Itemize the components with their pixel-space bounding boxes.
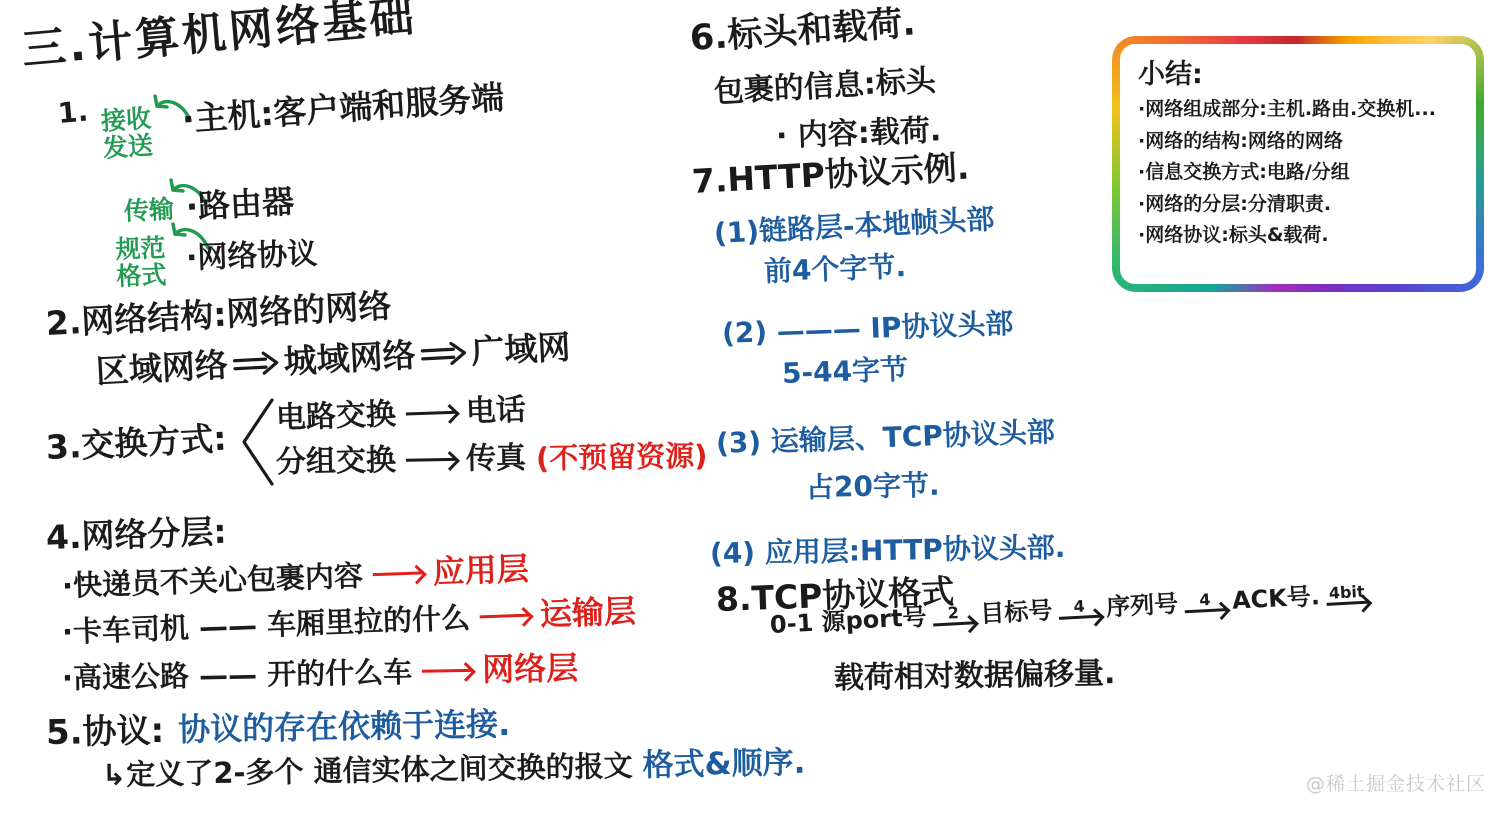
analogy-text: ·高速公路 —— 开的什么车: [62, 656, 413, 695]
tcp-offset-note: 载荷相对数据偏移量.: [834, 657, 1116, 695]
handwritten-notes-canvas: 三.计算机网络基础 1. 接收 发送 ·主机:客户端和服务端 传输 ·路由器 规…: [0, 0, 1512, 814]
arrow-byte-label: 4: [1073, 599, 1085, 616]
http-step-detail: 前4个字节.: [763, 251, 906, 287]
summary-item: ·信息交换方式:电路/分组: [1138, 157, 1460, 189]
http-step-detail: 5-44字节: [781, 354, 908, 390]
analogy-text: ·卡车司机 —— 车厢里拉的什么: [61, 601, 470, 648]
labeled-arrow-icon: 4: [1058, 598, 1101, 620]
protocol-definition-row: ↳定义了2-多个 通信实体之间交换的报文 格式&顺序.: [102, 746, 806, 793]
arrow-byte-label: 2: [947, 606, 959, 623]
annotation-receive-send: 接收 发送: [100, 105, 154, 162]
arrow-right-icon: [480, 614, 530, 619]
http-step: (4) 应用层:HTTP协议头部.: [710, 532, 1066, 570]
section-5-heading-row: 5.协议: 协议的存在依赖于连接.: [46, 706, 511, 752]
section-2-heading: 2.网络结构:网络的网络: [45, 288, 392, 343]
http-step: (1)链路层-本地帧头部: [713, 203, 995, 249]
arrow-right-icon: [373, 572, 423, 577]
arrow-right-icon: [422, 669, 472, 673]
arrow-right-icon: [406, 458, 456, 462]
circuit-switching-row: 电路交换 电话: [275, 393, 526, 435]
switch-type: 分组交换: [276, 444, 397, 480]
header-line: 包裹的信息:标头: [713, 64, 936, 109]
switch-example: 电话: [465, 393, 526, 429]
layer-label: 网络层: [482, 651, 579, 688]
angle-bracket-icon: [238, 396, 276, 488]
section-5-heading: 5.协议:: [46, 712, 165, 752]
definition-highlight: 格式&顺序.: [642, 746, 805, 784]
tcp-field: 序列号: [1106, 591, 1179, 622]
summary-item: ·网络的结构:网络的网络: [1138, 126, 1460, 158]
http-step: (2) ——— IP协议头部: [721, 308, 1013, 350]
http-step: (3) 运输层、TCP协议头部: [715, 416, 1055, 459]
payload-line: · 内容:载荷.: [775, 114, 941, 153]
annotation-line: 规范: [115, 234, 166, 263]
switch-example: 传真: [466, 442, 527, 477]
chain-item: 城域网络: [283, 337, 417, 381]
tcp-field: ACK号.: [1231, 583, 1320, 614]
definition-text: ↳定义了2-多个 通信实体之间交换的报文: [102, 750, 633, 792]
labeled-arrow-icon: 2: [932, 605, 975, 627]
tcp-field: 0-1 源port号: [769, 604, 927, 639]
protocol-note: 协议的存在依赖于连接.: [178, 707, 511, 749]
http-step-detail: 占20字节.: [806, 470, 940, 504]
section-3-heading: 3.交换方式:: [45, 421, 227, 467]
summary-item: ·网络组成部分:主机.路由.交换机...: [1138, 94, 1460, 126]
section-4-heading: 4.网络分层:: [45, 514, 227, 557]
watermark: @稀土掘金技术社区: [1306, 769, 1486, 796]
summary-title: 小结:: [1138, 52, 1460, 91]
arrow-right-icon: [406, 411, 456, 416]
layer-label: 运输层: [539, 594, 636, 633]
host-line: ·主机:客户端和服务端: [181, 80, 506, 139]
layer-analogy-row: ·卡车司机 —— 车厢里拉的什么 运输层: [61, 594, 636, 650]
item-1-number: 1.: [57, 95, 90, 129]
chain-item: 广域网: [471, 329, 572, 371]
chain-item: 区域网络: [95, 347, 229, 391]
annotation-line: 格式: [116, 261, 167, 290]
protocol-line: ·网络协议: [185, 237, 317, 275]
summary-box-inner: 小结: ·网络组成部分:主机.路由.交换机... ·网络的结构:网络的网络 ·信…: [1120, 44, 1476, 284]
layer-analogy-row: ·高速公路 —— 开的什么车 网络层: [62, 651, 579, 696]
page-title: 三.计算机网络基础: [20, 0, 419, 75]
layer-analogy-row: ·快递员不关心包裹内容 应用层: [61, 552, 529, 604]
network-scale-chain: 区域网络 城域网络 广域网: [95, 329, 571, 391]
packet-note: (不预留资源): [536, 439, 708, 474]
analogy-text: ·快递员不关心包裹内容: [61, 559, 363, 602]
switch-type: 电路交换: [275, 398, 396, 436]
tcp-field: 目标号: [980, 597, 1053, 628]
annotation-line: 发送: [102, 132, 154, 162]
arrow-byte-label: 4: [1199, 592, 1211, 609]
double-arrow-icon: [419, 340, 468, 368]
double-arrow-icon: [231, 350, 280, 378]
labeled-arrow-icon: 4bit: [1325, 584, 1368, 606]
packet-switching-row: 分组交换 传真 (不预留资源): [276, 438, 708, 479]
labeled-arrow-icon: 4: [1184, 592, 1227, 614]
summary-item: ·网络协议:标头&载荷.: [1138, 220, 1460, 252]
layer-label: 应用层: [432, 552, 529, 591]
section-6-heading: 6.标头和载荷.: [689, 4, 917, 59]
summary-box: 小结: ·网络组成部分:主机.路由.交换机... ·网络的结构:网络的网络 ·信…: [1112, 36, 1484, 292]
annotation-format: 规范 格式: [115, 234, 167, 290]
section-7-heading: 7.HTTP协议示例.: [691, 149, 970, 200]
summary-item: ·网络的分层:分清职责.: [1138, 189, 1460, 221]
